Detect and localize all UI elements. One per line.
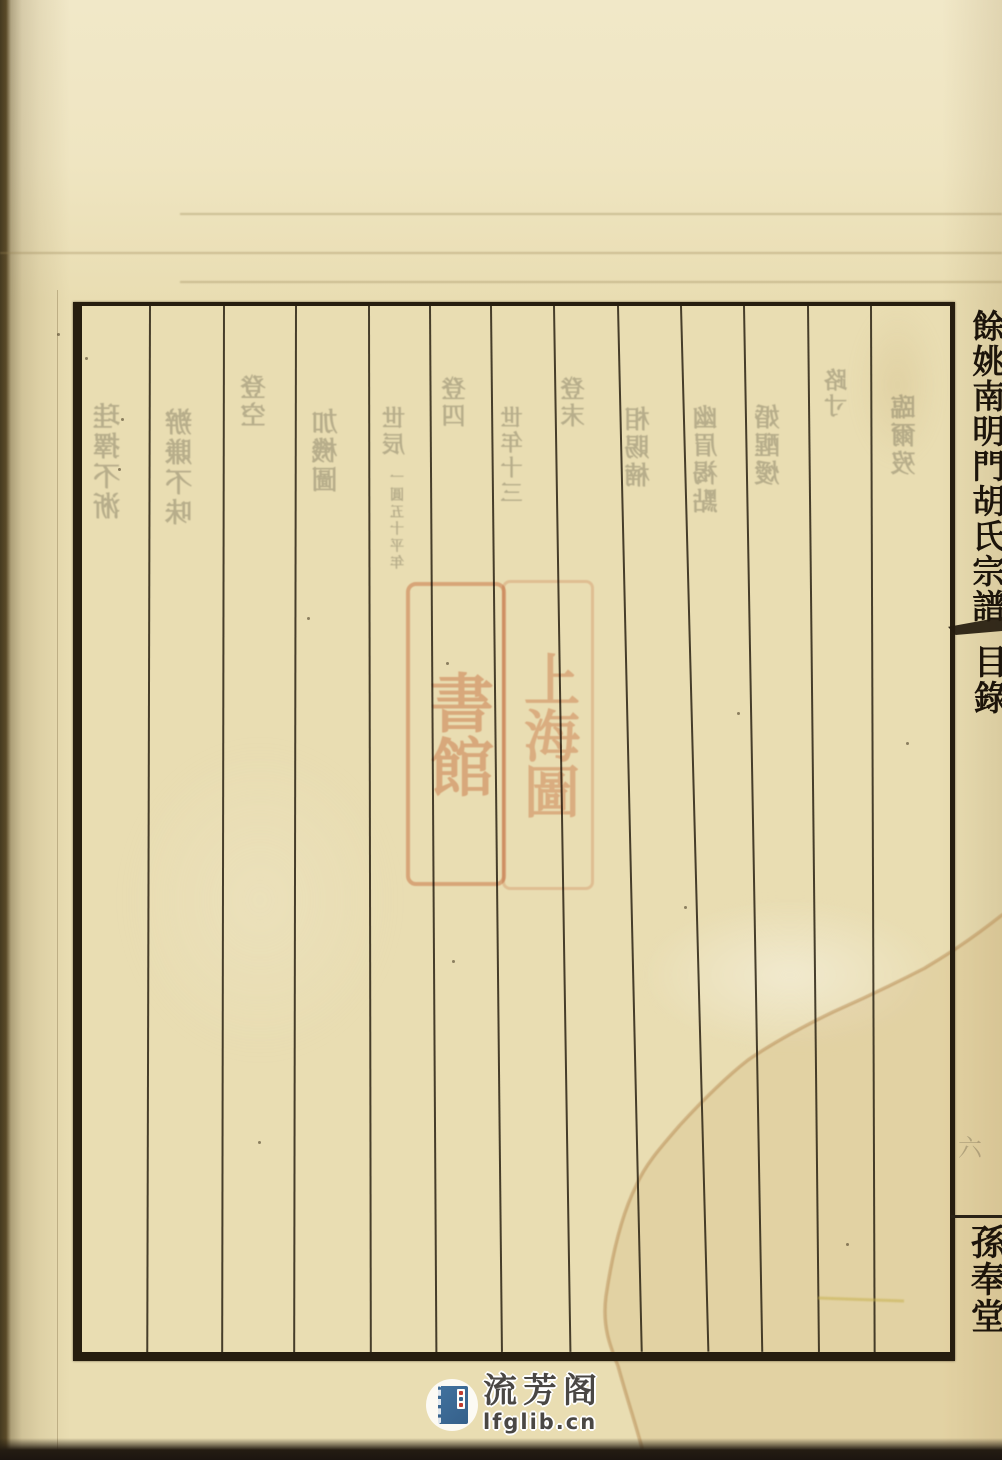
- column-rule: [617, 306, 643, 1352]
- section-label: 目錄: [969, 644, 1002, 716]
- paper-crease: [180, 213, 1002, 215]
- page: 書館 上海圖 餘姚南明門胡氏宗譜 目錄 六 孫奉堂 流芳阁 lfglib.cn …: [0, 0, 1002, 1460]
- watermark-badge: [426, 1379, 478, 1431]
- column-rule: [146, 306, 151, 1352]
- paper-crease: [0, 252, 1002, 254]
- paper-speck: [452, 960, 455, 963]
- paper-speck: [446, 662, 449, 665]
- column-rule: [368, 306, 372, 1352]
- column-rule: [680, 306, 709, 1352]
- paper-light-band: [0, 0, 1002, 300]
- book-title: 餘姚南明門胡氏宗譜: [969, 309, 1002, 624]
- column-rule: [807, 306, 820, 1352]
- watermark-site-name: 流芳阁: [483, 1374, 603, 1408]
- watermark-site-url: lfglib.cn: [483, 1412, 603, 1433]
- library-seal-right: 上海圖: [502, 580, 594, 890]
- paper-speck: [118, 468, 121, 471]
- fold-rule-line: [951, 1215, 1002, 1218]
- paper-speck: [258, 1141, 261, 1144]
- binding-gutter-shadow: [0, 0, 70, 1460]
- fold-crease-line: [57, 290, 58, 1460]
- page-number-hint: 六: [958, 1128, 982, 1163]
- paper-speck: [906, 742, 909, 745]
- watermark-text: 流芳阁 lfglib.cn: [483, 1374, 603, 1433]
- paper-speck: [846, 1243, 849, 1246]
- stitched-book-icon: [438, 1386, 468, 1424]
- paper-speck: [684, 906, 687, 909]
- paper-speck: [737, 712, 740, 715]
- column-rule: [743, 306, 763, 1352]
- paper-crease: [180, 281, 1002, 283]
- paper-speck: [307, 617, 310, 620]
- column-rule: [221, 306, 225, 1352]
- paper-speck: [85, 357, 88, 360]
- column-rule: [293, 306, 297, 1352]
- paper-speck: [57, 333, 60, 336]
- book-title-label: [457, 1389, 465, 1409]
- paper-speck: [121, 418, 124, 421]
- scan-bottom-edge: [0, 1438, 1002, 1460]
- column-rule: [870, 306, 876, 1352]
- hall-name: 孫奉堂: [967, 1224, 1002, 1335]
- library-seal-left: 書館: [406, 582, 506, 886]
